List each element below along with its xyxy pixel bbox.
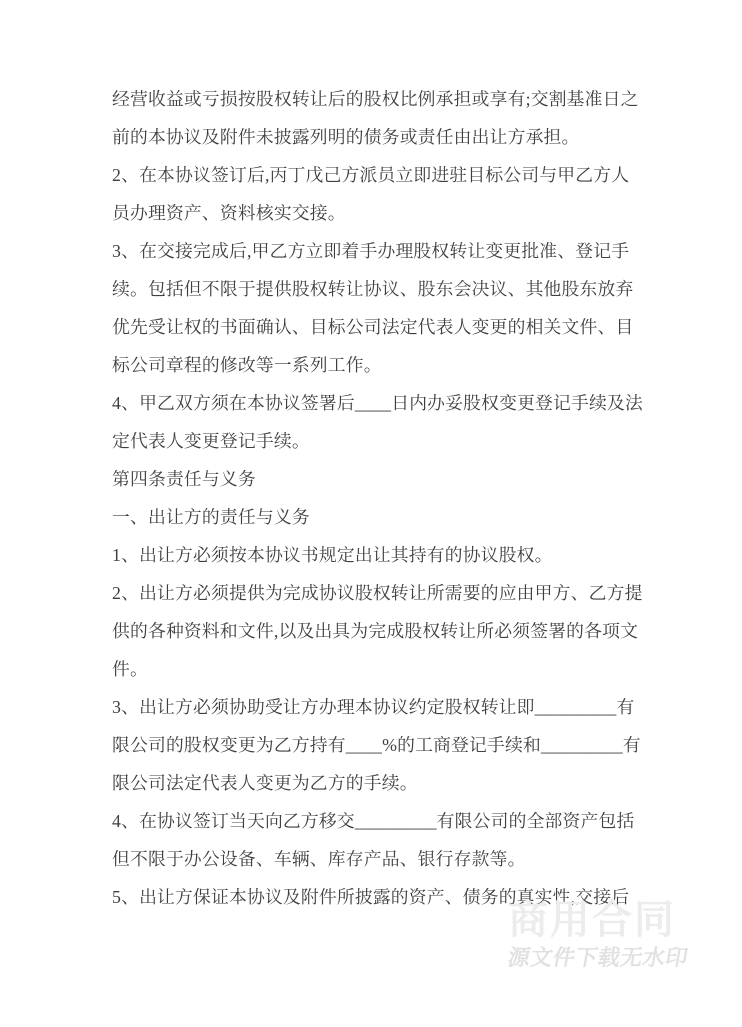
doc-line: 前的本协议及附件未披露列明的债务或责任由出让方承担。 [112,118,657,156]
doc-line: 3、在交接完成后,甲乙方立即着手办理股权转让变更批准、登记手 [112,232,657,270]
doc-line: 2、在本协议签订后,丙丁戊己方派员立即进驻目标公司与甲乙方人 [112,156,657,194]
subsection-heading-transferor-duties: 一、出让方的责任与义务 [112,498,657,536]
doc-line: 但不限于办公设备、车辆、库存产品、银行存款等。 [112,840,657,878]
doc-line: 2、出让方必须提供为完成协议股权转让所需要的应由甲方、乙方提 [112,574,657,612]
doc-line: 5、出让方保证本协议及附件所披露的资产、债务的真实性,交接后 [112,878,657,916]
doc-line: 定代表人变更登记手续。 [112,422,657,460]
doc-line: 标公司章程的修改等一系列工作。 [112,346,657,384]
watermark-tagline-text: 源文件下载无水印 [506,946,742,970]
doc-line: 4、在协议签订当天向乙方移交_________有限公司的全部资产包括 [112,802,657,840]
doc-line: 1、出让方必须按本协议书规定出让其持有的协议股权。 [112,536,657,574]
doc-line: 4、甲乙双方须在本协议签署后____日内办妥股权变更登记手续及法 [112,384,657,422]
doc-line: 3、出让方必须协助受让方办理本协议约定股权转让即_________有 [112,688,657,726]
doc-line: 经营收益或亏损按股权转让后的股权比例承担或享有;交割基准日之 [112,80,657,118]
doc-line: 限公司的股权变更为乙方持有____%的工商登记手续和_________有 [112,726,657,764]
doc-line: 限公司法定代表人变更为乙方的手续。 [112,764,657,802]
doc-line: 续。包括但不限于提供股权转让协议、股东会决议、其他股东放弃 [112,270,657,308]
doc-line: 供的各种资料和文件,以及出具为完成股权转让所必须签署的各项文 [112,612,657,650]
section-heading-article-4: 第四条责任与义务 [112,460,657,498]
doc-line: 优先受让权的书面确认、目标公司法定代表人变更的相关文件、目 [112,308,657,346]
contract-document-page: 经营收益或亏损按股权转让后的股权比例承担或享有;交割基准日之 前的本协议及附件未… [0,0,742,1027]
doc-line: 件。 [112,650,657,688]
contract-text-block: 经营收益或亏损按股权转让后的股权比例承担或享有;交割基准日之 前的本协议及附件未… [112,80,657,916]
doc-line: 员办理资产、资料核实交接。 [112,194,657,232]
